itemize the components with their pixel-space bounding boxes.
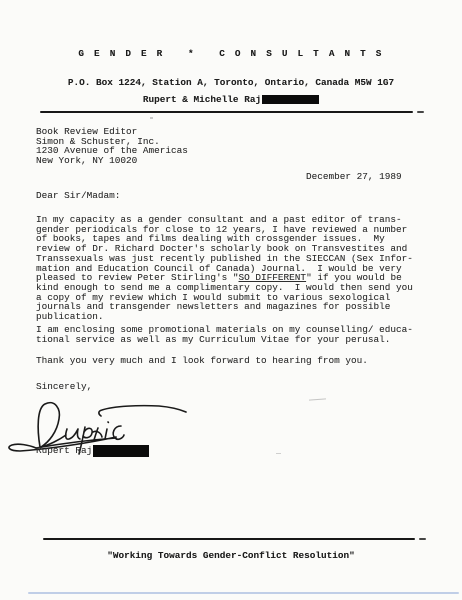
signature-name-row: Rupert Raj [36, 445, 149, 457]
body-paragraph-2: I am enclosing some promotional material… [36, 325, 413, 344]
scan-artifact-dash [309, 398, 326, 400]
body-paragraph-3: Thank you very much and I look forward t… [36, 356, 368, 366]
body-line: tional service as well as my Curriculum … [36, 335, 413, 345]
letterhead-consultant-names: Rupert & Michelle Raj [143, 95, 261, 105]
footer-divider-tick [419, 538, 426, 540]
scan-artifact-dot [150, 117, 153, 119]
recipient-line: New York, NY 10020 [36, 156, 188, 166]
body-paragraph-1: In my capacity as a gender consultant an… [36, 215, 413, 322]
closing-salutation: Sincerely, [36, 382, 92, 392]
scan-artifact-dot [276, 453, 281, 454]
scan-edge-line [28, 592, 459, 594]
letterhead-divider-tick [417, 111, 424, 113]
letterhead-divider-rule [40, 111, 413, 113]
footer-divider-rule [43, 538, 415, 540]
redaction-box-header [262, 95, 319, 104]
redaction-box-signature [93, 445, 149, 457]
letter-date: December 27, 1989 [306, 172, 402, 182]
salutation: Dear Sir/Madam: [36, 191, 120, 201]
scanned-letter-page: G E N D E R * C O N S U L T A N T S P.O.… [0, 0, 462, 600]
footer-motto: "Working Towards Gender-Conflict Resolut… [0, 551, 462, 561]
letterhead-names-row: Rupert & Michelle Raj [0, 95, 462, 105]
letterhead-po-address: P.O. Box 1224, Station A, Toronto, Ontar… [0, 78, 462, 88]
letterhead-company-name: G E N D E R * C O N S U L T A N T S [0, 49, 462, 59]
recipient-address-block: Book Review Editor Simon & Schuster, Inc… [36, 127, 188, 166]
body-line: publication. [36, 312, 413, 322]
signature-typed-name: Rupert Raj [36, 446, 92, 456]
